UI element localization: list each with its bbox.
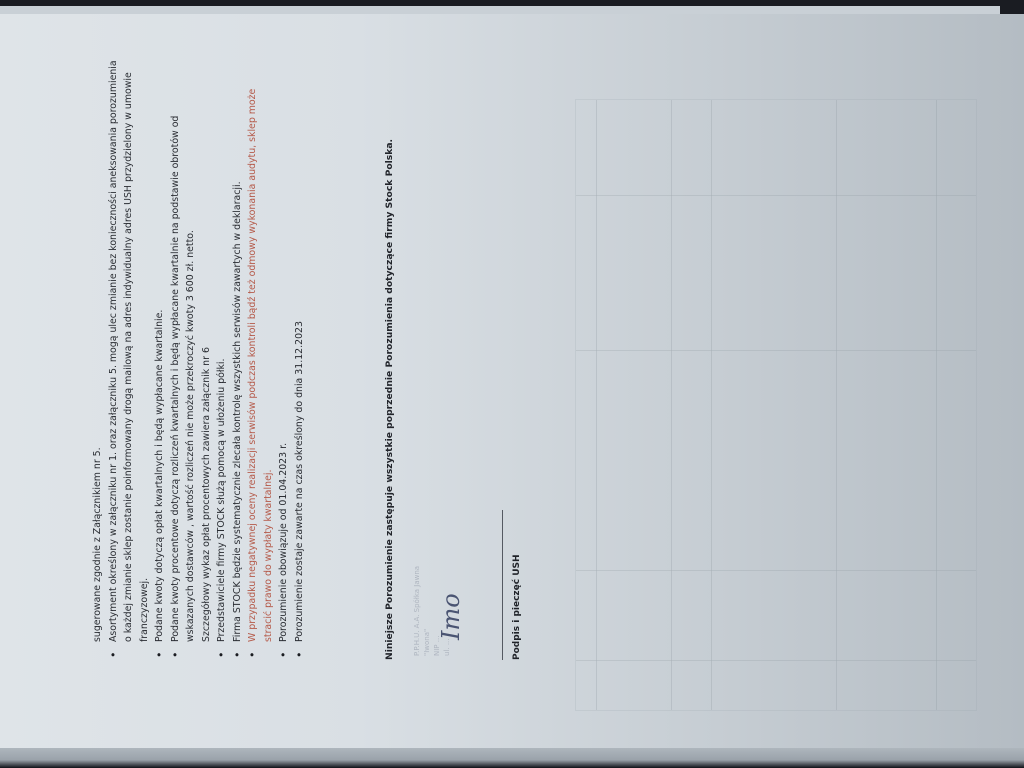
list-item-highlighted: W przypadku negatywnej oceny realizacji … [245,60,276,642]
signature-line [502,510,503,660]
list-item: Porozumienie obowiązuje od 01.04.2023 r. [276,60,292,642]
list-item-continuation: Szczegółowy wykaz opłat procentowych zaw… [199,60,215,642]
list-item: Przedstawiciele firmy STOCK służą pomocą… [214,60,230,642]
terms-list: Asortyment określony w załączniku nr 1. … [106,60,308,660]
handwritten-signature: Imo [444,593,460,640]
list-item: Podane kwoty procentowe dotyczą rozlicze… [168,60,199,642]
list-item: Porozumienie zostaje zawarte na czas okr… [292,60,308,642]
signature-block: P.P.H.U. A.A. Spółka Jawna "Iwona" NIP .… [410,470,520,660]
document-page: sugerowane zgodnie z Załącznikiem nr 5. … [90,60,550,660]
signature-label: Podpis i pieczęć USH [510,554,526,660]
list-item: Firma STOCK będzie systematycznie zlecał… [230,60,246,642]
intro-line: sugerowane zgodnie z Załącznikiem nr 5. [90,60,106,660]
desk-shadow [0,748,1024,768]
closing-statement: Niniejsze Porozumienie zastępuje wszystk… [382,139,398,660]
list-item: Podane kwoty dotyczą opłat kwartalnych i… [152,60,168,642]
list-item: Asortyment określony w załączniku nr 1. … [106,60,153,642]
show-through-table [575,99,977,711]
